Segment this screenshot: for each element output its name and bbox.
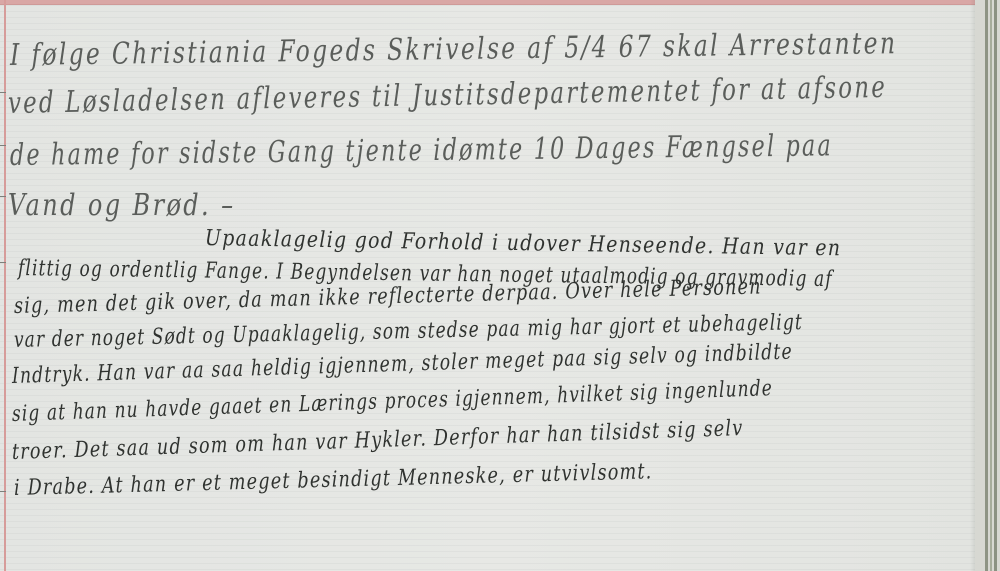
handwritten-line: Upaaklagelig god Forhold i udover Hensee… — [205, 226, 842, 261]
handwritten-line: troer. Det saa ud som om han var Hykler.… — [12, 416, 744, 465]
margin-tick — [0, 92, 6, 93]
handwritten-line: de hame for sidste Gang tjente idømte 10… — [10, 128, 833, 173]
handwritten-line: i Drabe. At han er et meget besindigt Me… — [14, 459, 653, 501]
binding-line — [990, 0, 992, 571]
binding-line — [994, 0, 997, 571]
document-page: I følge Christiania Fogeds Skrivelse af … — [0, 0, 1000, 571]
margin-tick — [0, 196, 6, 197]
handwritten-line: Vand og Brød. – — [8, 188, 236, 223]
margin-tick — [0, 145, 6, 146]
left-margin-rule — [4, 0, 6, 571]
margin-tick — [0, 491, 6, 492]
binding-line — [985, 0, 988, 571]
handwritten-line: ved Løsladelsen afleveres til Justitsdep… — [8, 70, 887, 121]
margin-tick — [0, 262, 6, 263]
top-red-rule — [0, 0, 975, 5]
handwritten-line: I følge Christiania Fogeds Skrivelse af … — [10, 26, 898, 73]
